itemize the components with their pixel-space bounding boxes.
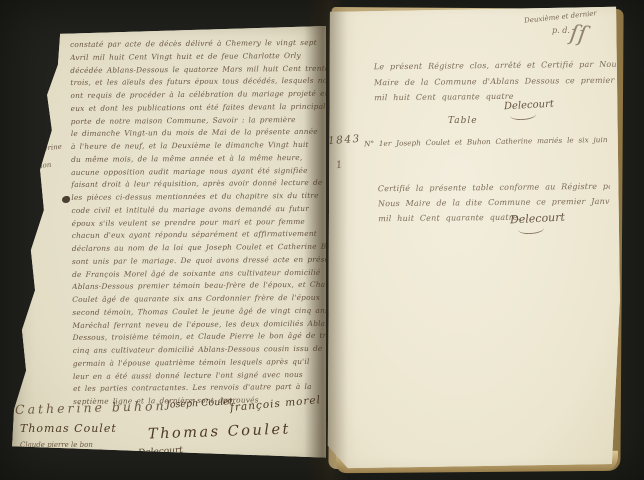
groom-signature: Joseph Coulet	[166, 396, 233, 410]
closing-line: Maire de la Commune d'Ablans Dessous ce …	[374, 72, 616, 90]
closing-line: Le présent Régistre clos, arrêté et Cert…	[374, 57, 616, 75]
witness-signature: Thomas Coulet	[148, 422, 291, 443]
corner-paraph: ſſ	[568, 21, 588, 48]
certification-line: Nous Maire de la dite Commune ce premier…	[378, 194, 610, 211]
marriage-act-text: constaté par acte de décès délivré à Che…	[70, 37, 331, 409]
margin-note: N° 1JosephCouletetCatherineBuhon	[19, 70, 75, 176]
left-page: N° 1JosephCouletetCatherineBuhon constat…	[8, 26, 326, 462]
ink-blot	[62, 196, 70, 203]
right-page: Deuxième et dernier p. d. ſſ Le présent …	[324, 4, 622, 470]
signature-flourish	[510, 109, 537, 121]
certification-line: mil huit Cent quarante quatre.	[378, 209, 610, 226]
register-closing-text: Le présent Régistre clos, arrêté et Cert…	[374, 57, 616, 106]
year-label: 1843	[328, 133, 361, 147]
witness-signature: Thomas Coulet	[20, 422, 117, 435]
table-heading: Table	[448, 116, 478, 126]
hand-line: Buhon	[28, 154, 76, 176]
hand-line: et les parties contractantes. Les renvoi…	[73, 381, 331, 396]
signature-flourish	[146, 457, 173, 469]
signature-flourish	[518, 223, 545, 235]
closing-line: mil huit Cent quarante quatre	[374, 88, 616, 106]
corner-initials: p. d.	[552, 26, 570, 35]
table-entry: N° 1er Joseph Coulet et Buhon Catherine …	[364, 135, 620, 148]
witness-signature: Claude pierre le bon	[20, 441, 93, 449]
entry-number: 1	[335, 160, 343, 172]
register-scan: Deuxième et dernier p. d. ſſ Le présent …	[0, 0, 644, 480]
mayor-signature: Delecourt	[138, 445, 184, 458]
bride-signature: Catherine buhon	[15, 398, 167, 417]
table-certification-text: Certifié la présente table conforme au R…	[378, 179, 610, 226]
